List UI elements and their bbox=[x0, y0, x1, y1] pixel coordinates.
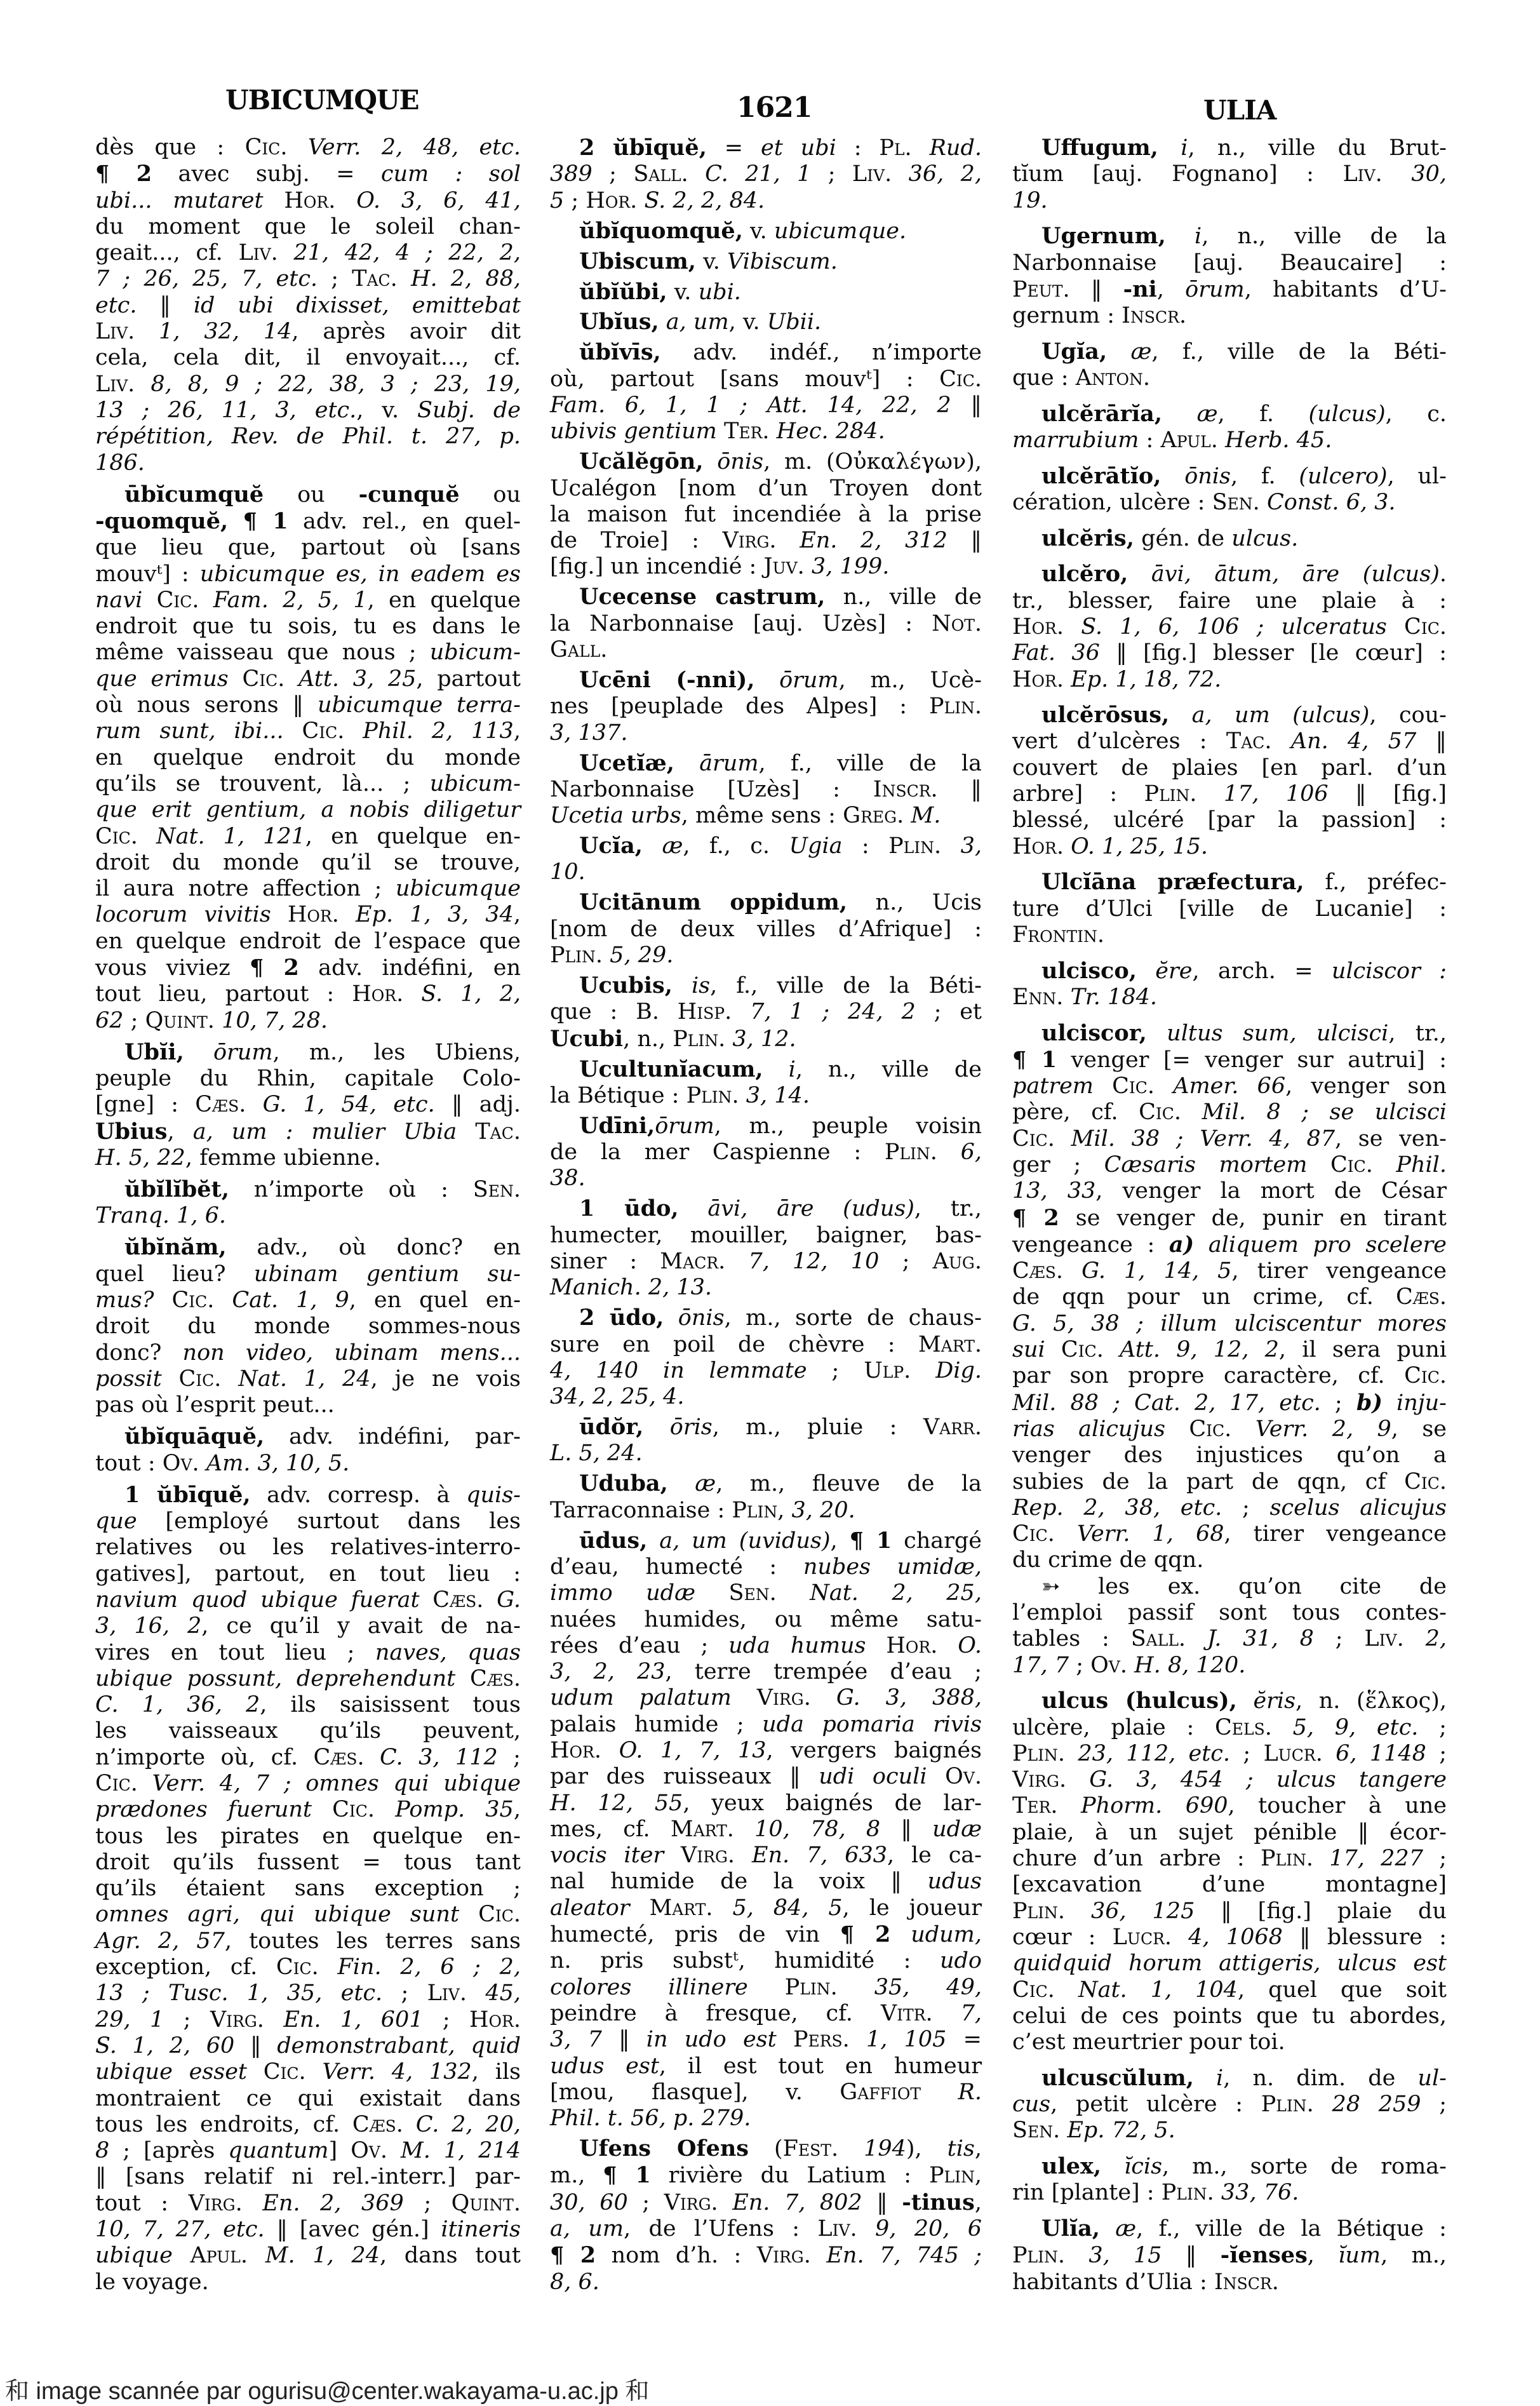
italic-citation: Vibiscum. bbox=[727, 249, 838, 274]
author-abbreviation: Virg. bbox=[210, 2007, 264, 2033]
entry-line: [nom de deux villes d’Afrique] : bbox=[550, 917, 982, 943]
author-abbreviation: Greg. bbox=[843, 803, 904, 828]
headword-bold: Ucubi bbox=[550, 1026, 623, 1052]
italic-citation: ubicumque. bbox=[774, 218, 906, 244]
entry-line: arbre] : Plin. 17, 106 ‖ [fig.] bbox=[1012, 781, 1447, 807]
entry-line: la maison fut incendiée à la prise bbox=[550, 502, 982, 528]
headword-bold: Ucălĕgōn, bbox=[579, 448, 704, 474]
italic-citation: ārum bbox=[699, 751, 758, 776]
entry-line: colores illinere Plin. 35, 49, bbox=[550, 1975, 982, 2001]
dictionary-entry: Ucubis, is, f., ville de la Béti-que : B… bbox=[550, 972, 982, 1052]
italic-citation: marrubium bbox=[1012, 427, 1139, 453]
entry-line: n’importe où, cf. Cæs. C. 3, 112 ; bbox=[95, 1745, 521, 1771]
headword-bold: 2 ŭbīquĕ, bbox=[579, 135, 707, 161]
italic-citation: 3, 15 bbox=[1088, 2243, 1162, 2268]
entry-line: subies de la part de qqn, cf Cic. bbox=[1012, 1469, 1447, 1495]
entry-line: quidquid horum attigeris, ulcus est bbox=[1012, 1951, 1447, 1977]
author-abbreviation: Liv. bbox=[1364, 1626, 1403, 1651]
author-abbreviation: Fest. bbox=[783, 2136, 838, 2161]
entry-line: sui Cic. Att. 9, 12, 2, il sera puni bbox=[1012, 1337, 1447, 1363]
italic-citation: 13, 33 bbox=[1012, 1178, 1095, 1204]
entry-line: m., ¶ 1 rivière du Latium : Plin, bbox=[550, 2162, 982, 2189]
italic-citation: prædones fuerunt bbox=[95, 1797, 312, 1822]
italic-citation: 2, bbox=[1426, 1626, 1447, 1651]
italic-citation: que bbox=[95, 1509, 137, 1534]
entry-line: qu’ils étaient sans exception ; bbox=[95, 1876, 521, 1902]
author-abbreviation: Virg. bbox=[722, 528, 776, 553]
entry-line: de qqn pour un crime, cf. Cæs. bbox=[1012, 1284, 1447, 1310]
italic-citation: Verr. 2, 48, etc. bbox=[308, 135, 521, 160]
entry-line: Plin. 5, 29. bbox=[550, 943, 982, 969]
italic-citation: Verr. 4, 7 ; omnes qui ubique bbox=[152, 1771, 521, 1796]
italic-citation: Mil. 38 ; Verr. 4, 87 bbox=[1071, 1126, 1335, 1152]
italic-citation: Att. 9, 12, 2 bbox=[1120, 1337, 1279, 1362]
italic-citation: G. 3, 454 ; ulcus tangere bbox=[1089, 1767, 1447, 1792]
entry-line: la Narbonnaise [auj. Uzès] : Not. bbox=[550, 611, 982, 637]
author-abbreviation: Cæs. bbox=[195, 1092, 246, 1117]
author-abbreviation: Gaffiot bbox=[840, 2080, 921, 2105]
dictionary-entry: ulex, ĭcis, m., sorte de roma-rin [plant… bbox=[1012, 2153, 1447, 2207]
entry-line: 186. bbox=[95, 450, 521, 476]
entry-line: Gall. bbox=[550, 637, 982, 663]
entry-line: Frontin. bbox=[1012, 922, 1447, 948]
italic-citation: aleator bbox=[550, 1895, 630, 1921]
author-abbreviation: Plin. bbox=[888, 833, 941, 859]
italic-citation: Phorm. 690 bbox=[1081, 1793, 1228, 1818]
entry-line: Ufens Ofens (Fest. 194), tis, bbox=[550, 2135, 982, 2162]
author-abbreviation: Liv. bbox=[95, 319, 135, 344]
italic-citation: Fat. 36 bbox=[1012, 640, 1100, 666]
column-middle: 2 ŭbīquĕ, = et ubi : Pl. Rud.389 ; Sall.… bbox=[550, 135, 982, 2295]
italic-citation: 3, 16, 2 bbox=[95, 1613, 201, 1639]
entry-line: cus, petit ulcère : Plin. 28 259 ; bbox=[1012, 2092, 1447, 2118]
italic-citation: répétition, Rev. de Phil. t. 27, p. bbox=[95, 424, 521, 449]
italic-citation: O. bbox=[958, 1633, 982, 1658]
entry-line: Ucēni (-nni), ōrum, m., Ucè- bbox=[550, 667, 982, 694]
entry-line: ‖ [sans relatif ni rel.-interr.] par- bbox=[95, 2164, 521, 2190]
italic-citation: ōrum bbox=[655, 1113, 714, 1139]
italic-citation: a, um bbox=[550, 2216, 624, 2241]
italic-citation: 3, 199. bbox=[812, 554, 889, 579]
entry-line: ulciscor, ultus sum, ulcisci, tr., bbox=[1012, 1020, 1447, 1047]
dictionary-entry: ŭbĭlĭbĕt, n’importe où : Sen.Tranq. 1, 6… bbox=[95, 1176, 521, 1230]
entry-line: mouvᵗ] : ubicumque es, in eadem es bbox=[95, 561, 521, 588]
author-abbreviation: Virg. bbox=[189, 2191, 243, 2216]
author-abbreviation: Cic. bbox=[1404, 1363, 1447, 1388]
entry-line: Ucultunĭacum, i, n., ville de bbox=[550, 1056, 982, 1083]
italic-citation: æ bbox=[662, 833, 683, 859]
italic-citation: 62 bbox=[95, 1008, 124, 1033]
author-abbreviation: Plin. bbox=[1012, 1899, 1065, 1924]
author-abbreviation: Tac. bbox=[1226, 729, 1272, 754]
author-abbreviation: Mart. bbox=[918, 1332, 982, 1357]
entry-line: Plin. 36, 125 ‖ [fig.] plaie du bbox=[1012, 1899, 1447, 1925]
entry-line: Sen. Ep. 72, 5. bbox=[1012, 2118, 1447, 2144]
entry-line: tous les endroits, cf. Cæs. C. 2, 20, bbox=[95, 2112, 521, 2138]
italic-citation: 7, bbox=[961, 2001, 982, 2026]
author-abbreviation: Apul. bbox=[191, 2243, 248, 2268]
entry-line: tables : Sall. J. 31, 8 ; Liv. 2, bbox=[1012, 1626, 1447, 1652]
italic-citation: ōnis bbox=[678, 1305, 725, 1331]
entry-line: Hor. Ep. 1, 18, 72. bbox=[1012, 667, 1447, 693]
dictionary-entry: ŭbĭvīs, adv. indéf., n’importeoù, partou… bbox=[550, 339, 982, 445]
headword-bold: Ubĭus, bbox=[579, 309, 659, 335]
entry-line: Enn. Tr. 184. bbox=[1012, 985, 1447, 1011]
italic-citation: Nat. 1, 24 bbox=[238, 1366, 370, 1392]
italic-citation: M. 1, 24 bbox=[265, 2243, 380, 2268]
headword-bold: ūdus, bbox=[579, 1528, 647, 1554]
italic-citation: G. 3, 388, bbox=[836, 1685, 982, 1710]
entry-line: Manich. 2, 13. bbox=[550, 1275, 982, 1301]
entry-line: ulcĕrōsus, a, um (ulcus), cou- bbox=[1012, 702, 1447, 729]
italic-citation: G. 1, 54, etc. bbox=[263, 1092, 435, 1117]
author-abbreviation: Cic. bbox=[95, 824, 138, 849]
italic-citation: 8, 8, 9 ; 22, 38, 3 ; 23, 19, bbox=[151, 372, 521, 397]
italic-citation: O. 1, 7, 13 bbox=[619, 1738, 767, 1763]
entry-line: tout : Ov. Am. 3, 10, 5. bbox=[95, 1451, 521, 1477]
italic-citation: L. 5, 24. bbox=[550, 1441, 643, 1466]
italic-citation: rias alicujus bbox=[1012, 1416, 1165, 1442]
headword-bold: Ucultunĭacum, bbox=[579, 1056, 763, 1082]
italic-citation: 21, 42, 4 ; 22, 2, bbox=[293, 240, 521, 265]
italic-citation: ĭcis bbox=[1124, 2154, 1162, 2179]
italic-citation: navi bbox=[95, 588, 142, 613]
author-abbreviation: Plin. bbox=[1261, 2092, 1314, 2117]
entry-line: Liv. 8, 8, 9 ; 22, 38, 3 ; 23, 19, bbox=[95, 372, 521, 398]
italic-citation: S. 2, 2, 84. bbox=[644, 188, 765, 213]
italic-citation: Verr. 4, 132 bbox=[322, 2059, 471, 2085]
italic-citation: colores illinere bbox=[550, 1975, 748, 2000]
entry-line: vert d’ulcères : Tac. An. 4, 57 ‖ bbox=[1012, 729, 1447, 755]
author-abbreviation: Cic. bbox=[1404, 614, 1447, 640]
entry-line: 29, 1 ; Virg. En. 1, 601 ; Hor. bbox=[95, 2007, 521, 2033]
italic-citation: ubique bbox=[95, 2243, 173, 2268]
entry-line: ūdŏr, ōris, m., pluie : Varr. bbox=[550, 1414, 982, 1441]
headword-bold: ŭbĭlĭbĕt, bbox=[124, 1176, 229, 1202]
author-abbreviation: Tac. bbox=[475, 1119, 521, 1145]
entry-line: celui de ces points que tu abordes, bbox=[1012, 2003, 1447, 2029]
author-abbreviation: Quint. bbox=[452, 2191, 521, 2216]
entry-line: H. 12, 55, yeux baignés de lar- bbox=[550, 1791, 982, 1817]
entry-line: navi Cic. Fam. 2, 5, 1, en quelque bbox=[95, 588, 521, 614]
headword-bold: ¶ 1 bbox=[1012, 1047, 1057, 1073]
dictionary-entry: Ulcĭāna præfectura, f., préfec-ture d’Ul… bbox=[1012, 869, 1447, 948]
author-abbreviation: Cæs. bbox=[314, 1745, 365, 1770]
author-abbreviation: Sall. bbox=[1131, 1626, 1186, 1651]
dictionary-entry: ulcĕrōsus, a, um (ulcus), cou-vert d’ulc… bbox=[1012, 702, 1447, 860]
author-abbreviation: Liv. bbox=[238, 240, 278, 265]
author-abbreviation: Inscr. bbox=[873, 777, 938, 802]
headword-bold: ulcĕrōsus, bbox=[1041, 702, 1169, 728]
entry-line: ¶ 1 venger [= venger sur autrui] : bbox=[1012, 1047, 1447, 1073]
author-abbreviation: Lucr. bbox=[1263, 1741, 1322, 1766]
italic-citation: Herb. 45. bbox=[1225, 427, 1332, 453]
entry-line: peuple du Rhin, capitale Colo- bbox=[95, 1066, 521, 1092]
author-abbreviation: Plin. bbox=[785, 1975, 838, 2000]
entry-line: 4, 140 in lemmate ; Ulp. Dig. bbox=[550, 1358, 982, 1384]
headword-bold: Uffugum, bbox=[1041, 135, 1158, 161]
entry-line: [gne] : Cæs. G. 1, 54, etc. ‖ adj. bbox=[95, 1092, 521, 1118]
entry-line: que lieu que, partout où [sans bbox=[95, 535, 521, 561]
entry-line: ulcĕris, gén. de ulcus. bbox=[1012, 525, 1447, 552]
entry-line: udus est, il est tout en humeur bbox=[550, 2053, 982, 2080]
entry-line: Cic. Nat. 1, 121, en quelque en- bbox=[95, 824, 521, 850]
entry-line: les vaisseaux qu’ils peuvent, bbox=[95, 1718, 521, 1744]
entry-line: 10, 7, 27, etc. ‖ [avec gén.] itineris bbox=[95, 2217, 521, 2243]
author-abbreviation: Inscr. bbox=[1122, 303, 1186, 328]
entry-line: vocis iter Virg. En. 7, 633, le ca- bbox=[550, 1843, 982, 1869]
author-abbreviation: Hor. bbox=[352, 981, 403, 1007]
entry-line: Ucitānum oppidum, n., Ucis bbox=[550, 889, 982, 916]
entry-line: palais humide ; uda pomaria rivis bbox=[550, 1712, 982, 1738]
author-abbreviation: Mart. bbox=[649, 1895, 713, 1921]
italic-citation: O. 3, 6, 41, bbox=[356, 188, 521, 213]
entry-line: pas où l’esprit peut... bbox=[95, 1392, 521, 1418]
italic-citation: ubivis gentium bbox=[550, 419, 717, 444]
entry-line: que : Anton. bbox=[1012, 365, 1447, 391]
entry-line: ger ; Cæsaris mortem Cic. Phil. bbox=[1012, 1152, 1447, 1178]
headword-bold: Ufens Ofens bbox=[579, 2135, 749, 2161]
headword-bold: Ulĭa, bbox=[1041, 2215, 1100, 2241]
entry-line: qu’ils se trouvent, là... ; ubicum- bbox=[95, 771, 521, 797]
italic-citation: i bbox=[1195, 224, 1202, 249]
entry-line: ŭbĭquāquĕ, adv. indéfini, par- bbox=[95, 1423, 521, 1450]
italic-citation: Const. 6, 3. bbox=[1267, 490, 1396, 515]
author-abbreviation: Hor. bbox=[550, 1738, 601, 1763]
entry-line: où nous serons ‖ ubicumque terra- bbox=[95, 692, 521, 718]
italic-citation: R. bbox=[958, 2080, 982, 2105]
dictionary-entry: 1 ŭbīquĕ, adv. corresp. à quis-que [empl… bbox=[95, 1482, 521, 2295]
author-abbreviation: Sen. bbox=[1012, 2118, 1060, 2143]
headword-bold: Ucubis, bbox=[579, 972, 673, 998]
headword-bold: ¶ 2 bbox=[1012, 1205, 1059, 1231]
entry-line: ulcĕrātĭo, ōnis, f. (ulcero), ul- bbox=[1012, 463, 1447, 490]
author-abbreviation: Plin. bbox=[1162, 2180, 1214, 2205]
entry-line: G. 5, 38 ; illum ulciscentur mores bbox=[1012, 1311, 1447, 1337]
italic-citation: C. 3, 112 bbox=[380, 1745, 498, 1770]
entry-line: 34, 2, 25, 4. bbox=[550, 1384, 982, 1410]
italic-citation: a, um : mulier Ubia bbox=[193, 1119, 457, 1145]
italic-citation: scelus alicujus bbox=[1270, 1495, 1447, 1521]
entry-line: de la mer Caspienne : Plin. 6, bbox=[550, 1139, 982, 1166]
author-abbreviation: Hor. bbox=[1012, 667, 1064, 692]
italic-citation: 5, 9, etc. bbox=[1293, 1715, 1419, 1740]
italic-citation: Ucetia urbs bbox=[550, 803, 681, 828]
italic-citation: 45, bbox=[485, 1980, 521, 2006]
entry-line: répétition, Rev. de Phil. t. 27, p. bbox=[95, 424, 521, 450]
italic-citation: udus bbox=[928, 1869, 982, 1894]
italic-citation: Ep. 72, 5. bbox=[1067, 2118, 1175, 2143]
entry-line: Fam. 6, 1, 1 ; Att. 14, 22, 2 ‖ bbox=[550, 393, 982, 419]
entry-line: Ter. Phorm. 690, toucher à une bbox=[1012, 1793, 1447, 1819]
entry-line: mus? Cic. Cat. 1, 9, en quel en- bbox=[95, 1287, 521, 1314]
author-abbreviation: Aug. bbox=[933, 1249, 982, 1274]
entry-line: Cic. Mil. 38 ; Verr. 4, 87, se ven- bbox=[1012, 1126, 1447, 1152]
italic-citation: ubicum- bbox=[430, 771, 521, 796]
author-abbreviation: Cæs. bbox=[432, 1587, 483, 1613]
headword-bold: -ĭenses bbox=[1221, 2242, 1308, 2268]
author-abbreviation: Plin bbox=[929, 2163, 975, 2188]
headword-bold: ŭbĭvīs, bbox=[579, 339, 661, 365]
author-abbreviation: Cic. bbox=[276, 1954, 319, 1980]
author-abbreviation: Pers. bbox=[793, 2027, 850, 2052]
headword-bold: ŭbĭquomquĕ, bbox=[579, 218, 743, 244]
author-abbreviation: Plin. bbox=[1144, 781, 1197, 807]
author-abbreviation: Ov. bbox=[945, 1764, 982, 1789]
entry-line: 8, 6. bbox=[550, 2269, 982, 2295]
author-abbreviation: Pl. bbox=[879, 135, 911, 161]
author-abbreviation: Hor. bbox=[586, 188, 637, 213]
headword-bold: Uduba, bbox=[579, 1470, 668, 1496]
headword-bold: -cunquĕ bbox=[359, 481, 460, 507]
dictionary-page: UBICUMQUE 1621 ULIA dès que : Cic. Verr.… bbox=[0, 0, 1540, 2406]
headword-bold: ¶ 2 bbox=[550, 2242, 596, 2268]
italic-citation: 10. bbox=[550, 859, 586, 885]
italic-citation: 3, 12. bbox=[732, 1026, 796, 1052]
italic-citation: 30, bbox=[1411, 161, 1447, 187]
italic-citation: cum : sol bbox=[381, 161, 521, 187]
entry-line: quel lieu? ubinam gentium su- bbox=[95, 1261, 521, 1287]
entry-line: H. 5, 22, femme ubienne. bbox=[95, 1145, 521, 1171]
author-abbreviation: Juv. bbox=[763, 554, 804, 579]
entry-line: patrem Cic. Amer. 66, venger son bbox=[1012, 1073, 1447, 1099]
author-abbreviation: Virg. bbox=[757, 2243, 811, 2268]
entry-line: 30, 60 ; Virg. En. 7, 802 ‖ -tinus, bbox=[550, 2189, 982, 2216]
headword-bold: 2 ūdo, bbox=[579, 1305, 664, 1331]
entry-line: 62 ; Quint. 10, 7, 28. bbox=[95, 1008, 521, 1034]
entry-line: tous les pirates en quelque en- bbox=[95, 1824, 521, 1850]
entry-line: ¶ 2 nom d’h. : Virg. En. 7, 745 ; bbox=[550, 2242, 982, 2269]
italic-citation: quantum bbox=[228, 2138, 328, 2163]
italic-citation: ubinam gentium su- bbox=[254, 1261, 521, 1287]
italic-citation: ubique esset bbox=[95, 2059, 247, 2085]
italic-citation: Phil. 2, 113 bbox=[363, 718, 514, 744]
entry-line: ¶ 2 se venger de, punir en tirant bbox=[1012, 1205, 1447, 1232]
italic-citation: En. 1, 601 bbox=[283, 2007, 423, 2033]
dictionary-entry: Ucetĭæ, ārum, f., ville de laNarbonnaise… bbox=[550, 750, 982, 830]
author-abbreviation: Cic. bbox=[1189, 1416, 1231, 1442]
italic-citation: ubi. bbox=[699, 279, 741, 305]
italic-citation: H. 5, 22 bbox=[95, 1145, 185, 1171]
entry-line: immo udæ Sen. Nat. 2, 25, bbox=[550, 1580, 982, 1606]
entry-line: 17, 7 ; Ov. H. 8, 120. bbox=[1012, 1653, 1447, 1679]
italic-citation: 8, 6. bbox=[550, 2269, 599, 2295]
dictionary-entry: ulcĕrārĭa, æ, f. (ulcus), c.marrubium : … bbox=[1012, 401, 1447, 454]
italic-citation: Nat. 2, 25, bbox=[810, 1580, 982, 1606]
italic-citation: udæ bbox=[932, 1817, 982, 1842]
italic-citation: S. 1, 6, 106 ; ulceratus bbox=[1081, 614, 1387, 640]
italic-citation: 23, 112, etc. bbox=[1078, 1741, 1230, 1766]
entry-line: 13 ; 26, 11, 3, etc., v. Subj. de bbox=[95, 398, 521, 424]
author-abbreviation: Cic. bbox=[1061, 1337, 1104, 1362]
italic-citation: Ep. 1, 3, 34 bbox=[356, 902, 514, 927]
italic-citation: G. 5, 38 ; illum ulciscentur mores bbox=[1012, 1311, 1447, 1336]
entry-line: locorum vivitis Hor. Ep. 1, 3, 34, bbox=[95, 902, 521, 928]
entry-line: ulcère, plaie : Cels. 5, 9, etc. ; bbox=[1012, 1715, 1447, 1741]
headword-bold: ¶ 2 bbox=[250, 955, 299, 981]
dictionary-entry: ulciscor, ultus sum, ulcisci, tr.,¶ 1 ve… bbox=[1012, 1020, 1447, 1679]
entry-line: droit du monde sommes-nous bbox=[95, 1314, 521, 1340]
italic-citation: a, um (uvidus) bbox=[659, 1528, 830, 1554]
author-abbreviation: Ov. bbox=[351, 2138, 387, 2163]
italic-citation: 3, 14. bbox=[746, 1083, 810, 1108]
dictionary-entry: ulcuscŭlum, i, n. dim. de ul-cus, petit … bbox=[1012, 2065, 1447, 2144]
italic-citation: 7, 12, 10 bbox=[748, 1249, 879, 1274]
italic-citation: Nat. 1, 121 bbox=[156, 824, 305, 849]
italic-citation: M. bbox=[911, 803, 941, 828]
italic-citation: 36, 2, bbox=[909, 161, 982, 187]
italic-citation: 13 ; 26, 11, 3, etc. bbox=[95, 398, 356, 423]
headword-bold: Ucetĭæ, bbox=[579, 750, 674, 776]
author-abbreviation: Cic. bbox=[157, 588, 199, 613]
author-abbreviation: Cic. bbox=[179, 1366, 222, 1392]
entry-line: 13, 33, venger la mort de César bbox=[1012, 1178, 1447, 1204]
entry-line: que : B. Hisp. 7, 1 ; 24, 2 ; et bbox=[550, 999, 982, 1025]
italic-citation: ubique possunt, deprehendunt bbox=[95, 1666, 455, 1691]
dictionary-entry: 2 ŭbīquĕ, = et ubi : Pl. Rud.389 ; Sall.… bbox=[550, 135, 982, 214]
entry-line: humecter, mouiller, baigner, bas- bbox=[550, 1223, 982, 1249]
entry-line: [fig.] un incendié : Juv. 3, 199. bbox=[550, 554, 982, 580]
entry-line: Tranq. 1, 6. bbox=[95, 1203, 521, 1229]
entry-line: même vaisseau que nous ; ubicum- bbox=[95, 640, 521, 666]
author-abbreviation: Plin. bbox=[550, 943, 603, 968]
entry-line: C. 1, 36, 2, ils saisissent tous bbox=[95, 1692, 521, 1718]
dictionary-entry: Ulĭa, æ, f., ville de la Bétique :Plin. … bbox=[1012, 2215, 1447, 2295]
author-abbreviation: Liv. bbox=[1342, 161, 1382, 187]
italic-citation: 17, 227 bbox=[1329, 1846, 1423, 1871]
entry-line: dès que : Cic. Verr. 2, 48, etc. bbox=[95, 135, 521, 161]
author-abbreviation: Ov. bbox=[163, 1451, 199, 1476]
dictionary-entry: 1 ūdo, āvi, āre (udus), tr.,humecter, mo… bbox=[550, 1195, 982, 1301]
entry-line: 7 ; 26, 25, 7, etc. ; Tac. H. 2, 88, bbox=[95, 266, 521, 292]
dictionary-entry: ulcus (hulcus), ĕris, n. (ἕλκος),ulcère,… bbox=[1012, 1688, 1447, 2055]
headword-bold: ¶ 1 bbox=[850, 1528, 892, 1554]
entry-line: chure d’un arbre : Plin. 17, 227 ; bbox=[1012, 1846, 1447, 1872]
italic-citation: Rud. bbox=[930, 135, 982, 161]
headword-bold: ŭbĭŭbi, bbox=[579, 279, 667, 305]
italic-citation: is bbox=[692, 973, 710, 998]
entry-line: Ucalégon [nom d’un Troyen dont bbox=[550, 476, 982, 502]
entry-line: nuées humides, ou même satu- bbox=[550, 1607, 982, 1633]
headword-bold: ulcĕro, bbox=[1041, 561, 1128, 587]
italic-citation: ōrum bbox=[213, 1040, 273, 1065]
italic-citation: Ep. 1, 18, 72. bbox=[1071, 667, 1221, 692]
italic-citation: 3, 2, 23 bbox=[550, 1659, 666, 1684]
italic-citation: Mil. 8 ; se ulcisci bbox=[1202, 1099, 1447, 1125]
entry-line: Narbonnaise [auj. Beaucaire] : bbox=[1012, 250, 1447, 276]
entry-line: couvert de plaies [en parl. d’un bbox=[1012, 755, 1447, 781]
headword-bold: Ubius bbox=[95, 1119, 167, 1145]
italic-citation: quis- bbox=[466, 1482, 521, 1508]
italic-citation: ōnis bbox=[1184, 464, 1231, 489]
italic-citation: inju- bbox=[1396, 1390, 1447, 1416]
author-abbreviation: Liv. bbox=[817, 2216, 857, 2241]
entry-line: droit du monde qu’il se trouve, bbox=[95, 850, 521, 876]
author-abbreviation: Cæs. bbox=[1012, 1258, 1063, 1284]
dictionary-entry: Ucultunĭacum, i, n., ville dela Bétique … bbox=[550, 1056, 982, 1110]
italic-citation: ubicumque terra- bbox=[318, 692, 521, 718]
author-abbreviation: Liv. bbox=[95, 372, 135, 397]
italic-citation: id ubi dixisset, emittebat bbox=[194, 293, 521, 318]
entry-line: 3, 16, 2, ce qu’il y avait de na- bbox=[95, 1613, 521, 1639]
entry-line: Ucetĭæ, ārum, f., ville de la bbox=[550, 750, 982, 777]
italic-citation: Ubii. bbox=[767, 309, 821, 335]
author-abbreviation: Varr. bbox=[923, 1415, 982, 1440]
author-abbreviation: Cic. bbox=[478, 1902, 521, 1927]
entry-line: 8 ; [après quantum] Ov. M. 1, 214 bbox=[95, 2138, 521, 2164]
entry-line: père, cf. Cic. Mil. 8 ; se ulcisci bbox=[1012, 1099, 1447, 1126]
author-abbreviation: Anton. bbox=[1076, 365, 1150, 391]
